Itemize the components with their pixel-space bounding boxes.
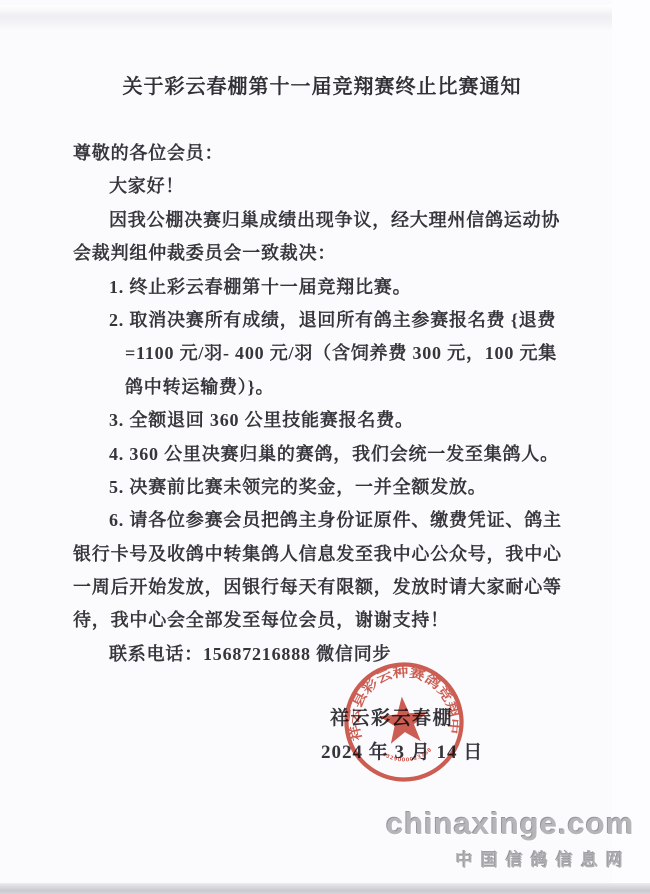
document-line: 1. 终止彩云春棚第十一届竞翔比赛。: [73, 271, 593, 304]
seal-star-icon: [378, 695, 430, 745]
document-line: 因我公棚决赛归巢成绩出现争议，经大理州信鸽运动协: [73, 204, 593, 237]
document-line: 鸽中转运输费）}。: [73, 371, 593, 404]
document-line: 6. 请各位参赛会员把鸽主身份证原件、缴费凭证、鸽主: [73, 504, 593, 537]
scanned-notice-page: 关于彩云春棚第十一届竞翔赛终止比赛通知 尊敬的各位会员：大家好！因我公棚决赛归巢…: [0, 0, 650, 894]
svg-text:4329000023758: 4329000023758: [380, 747, 434, 766]
document-line: 3. 全额退回 360 公里技能赛报名费。: [73, 404, 593, 437]
document-line: 5. 决赛前比赛未领完的奖金，一并全额发放。: [73, 471, 593, 504]
document-line: 会裁判组仲裁委员会一致裁决：: [73, 237, 593, 270]
document-line: 尊敬的各位会员：: [73, 137, 593, 170]
scan-edge-right: [612, 0, 650, 894]
document-line: 待，我中心会全部发至每位会员，谢谢支持！: [73, 604, 593, 637]
document-line: =1100 元/羽- 400 元/羽（含饲养费 300 元，100 元集: [73, 337, 593, 370]
document-line: 4. 360 公里决赛归巢的赛鸽，我们会统一发至集鸽人。: [73, 438, 593, 471]
official-red-seal: 祥云县彩云种赛鸽竞翔中心 4329000023758: [332, 650, 475, 793]
document-line: 银行卡号及收鸽中转集鸽人信息发至我中心公众号，我中心: [73, 538, 593, 571]
seal-serial-number: 4329000023758: [380, 747, 434, 766]
notice-title: 关于彩云春棚第十一届竞翔赛终止比赛通知: [0, 70, 644, 99]
scan-edge-top: [0, 5, 650, 31]
document-body: 尊敬的各位会员：大家好！因我公棚决赛归巢成绩出现争议，经大理州信鸽运动协会裁判组…: [73, 137, 593, 671]
watermark-site-url: chinaxinge.com: [386, 806, 634, 842]
document-line: 大家好！: [73, 170, 593, 203]
scan-edge-bottom: [0, 883, 650, 894]
document-line: 一周后开始发放，因银行每天有限额，发放时请大家耐心等: [73, 571, 593, 604]
document-line: 2. 取消决赛所有成绩，退回所有鸽主参赛报名费 {退费: [73, 304, 593, 337]
watermark-site-name: 中国信鸽信息网: [456, 846, 631, 871]
